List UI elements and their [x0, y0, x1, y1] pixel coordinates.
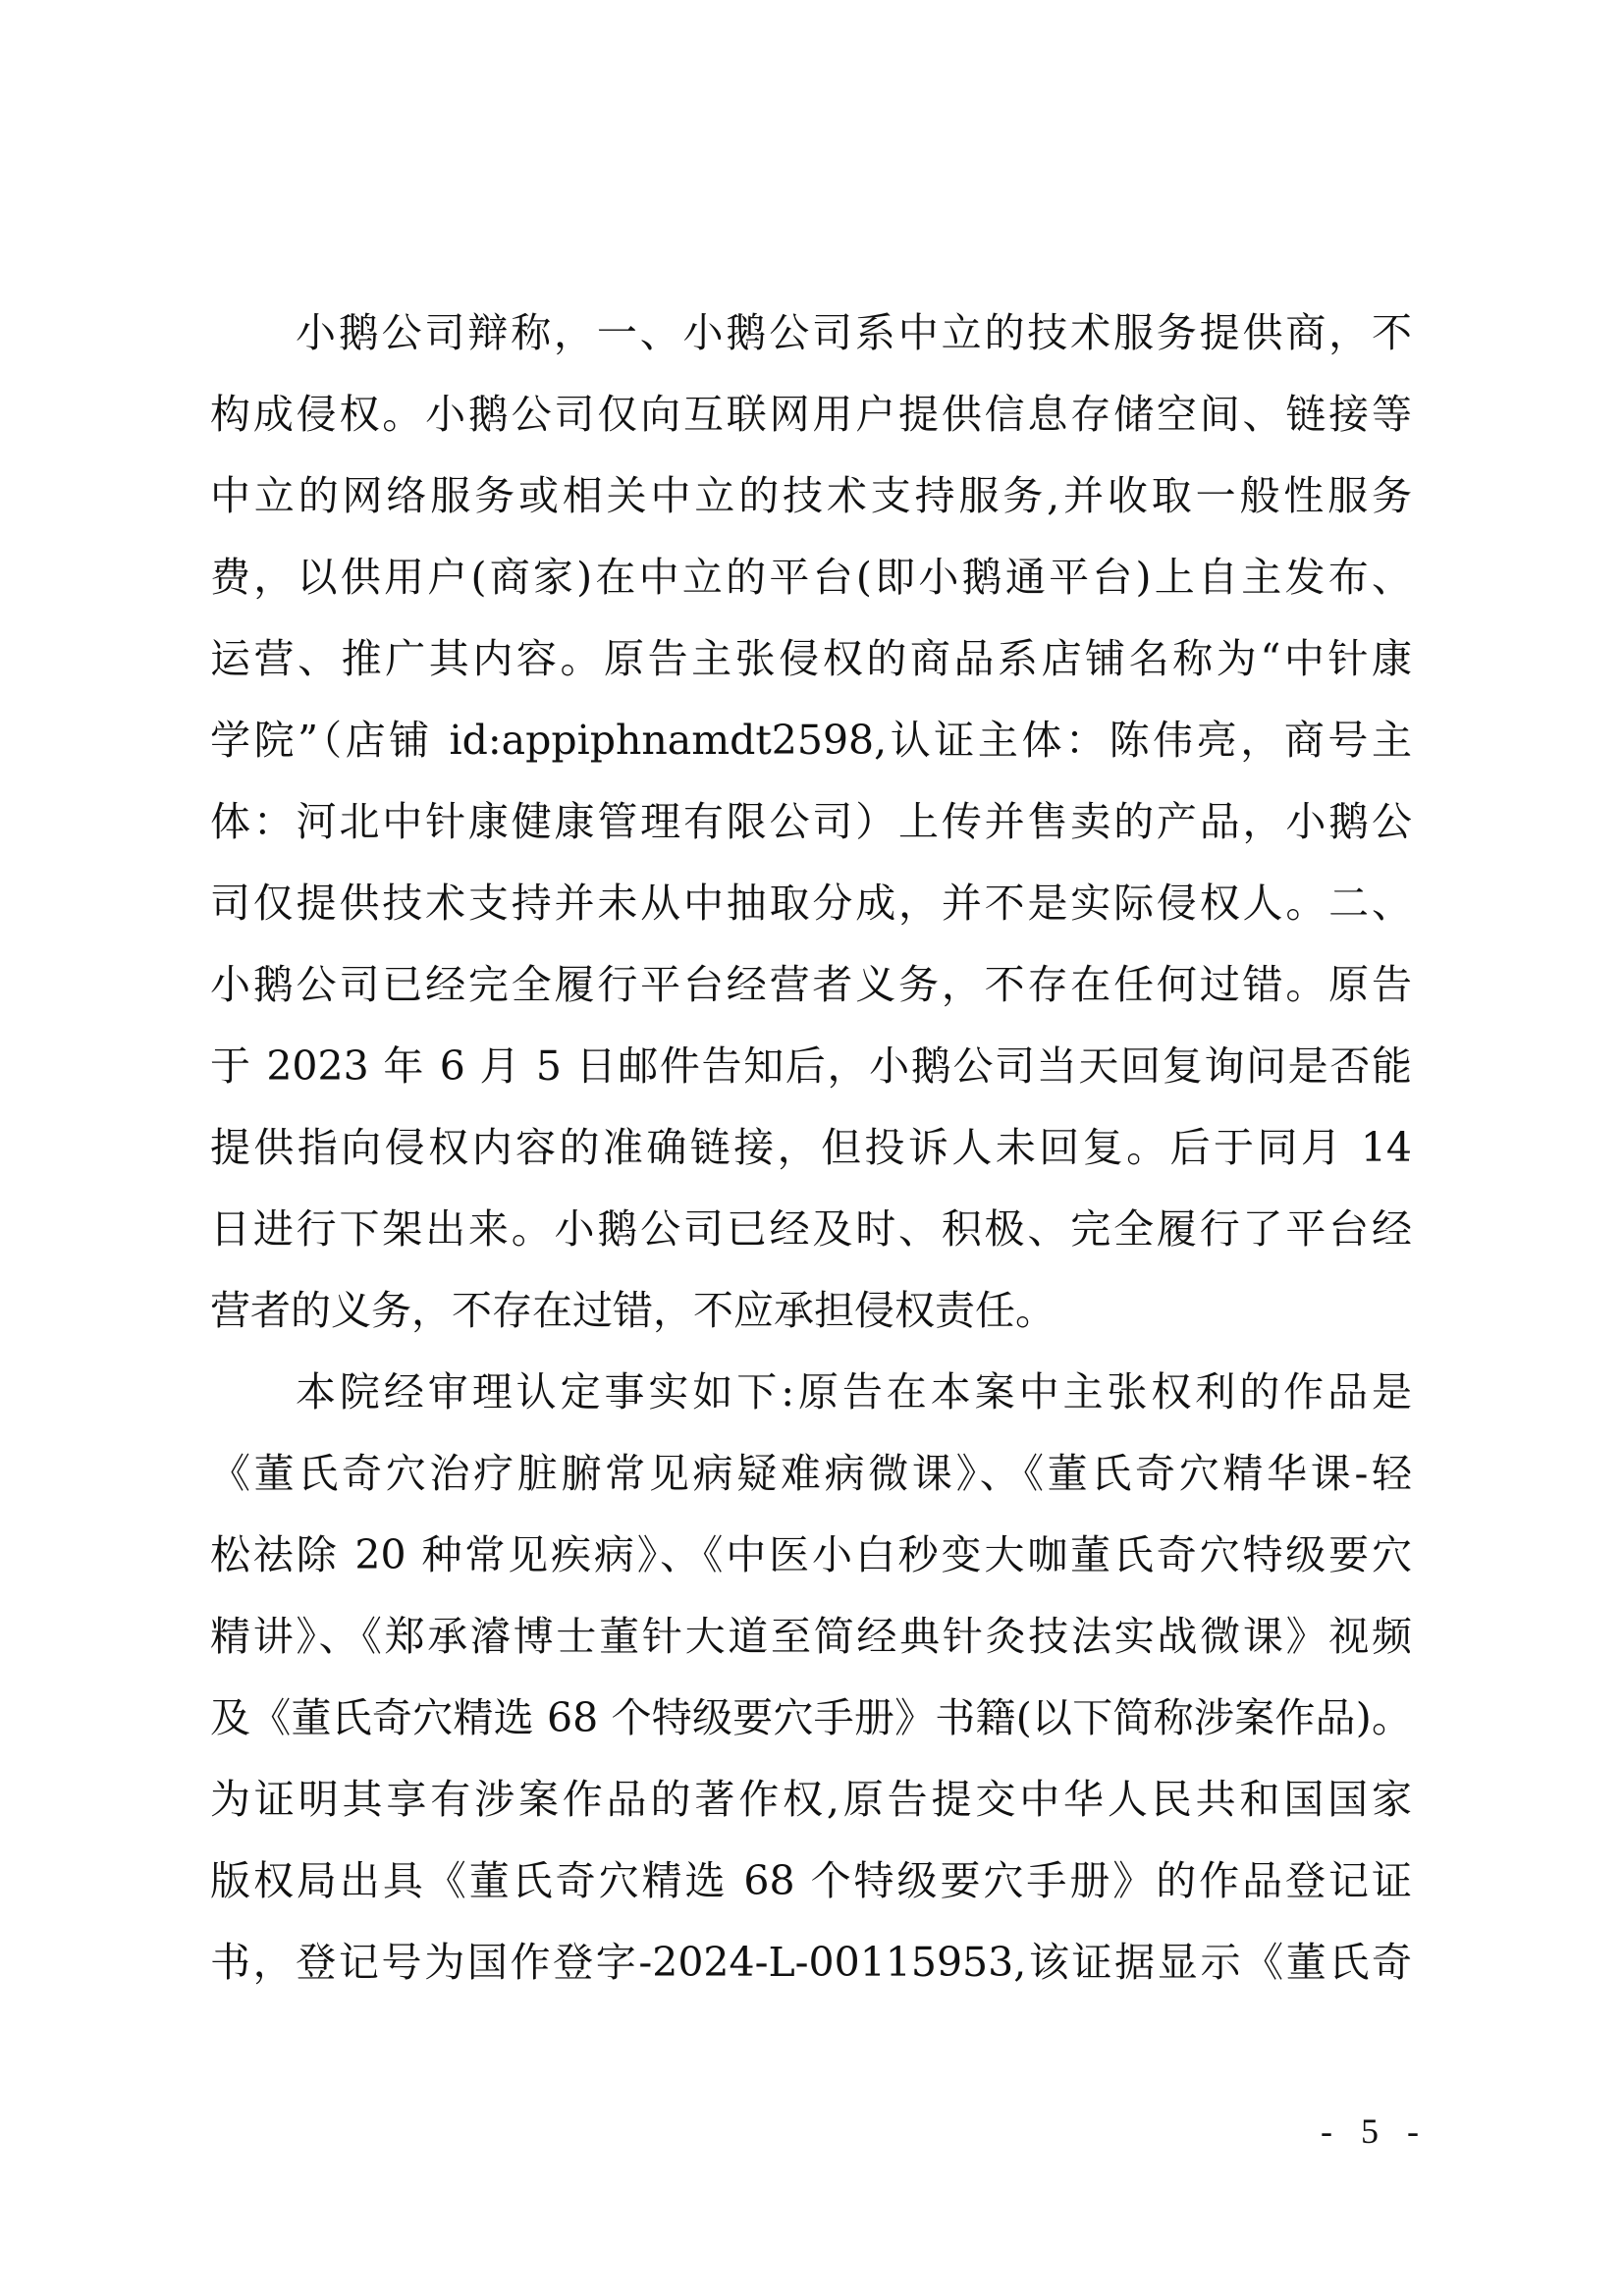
- text-line: 提供指向侵权内容的准确链接，但投诉人未回复。后于同月 14: [210, 1107, 1412, 1189]
- text-line: 《董氏奇穴治疗脏腑常见病疑难病微课》、《董氏奇穴精华课-轻: [210, 1433, 1412, 1515]
- text-line: 为证明其享有涉案作品的著作权,原告提交中华人民共和国国家: [210, 1759, 1412, 1841]
- paragraph-defense: 小鹅公司辩称，一、小鹅公司系中立的技术服务提供商，不 构成侵权。小鹅公司仅向互联…: [210, 293, 1412, 1352]
- text-line: 版权局出具《董氏奇穴精选 68 个特级要穴手册》的作品登记证: [210, 1841, 1412, 1922]
- text-line: 学院”（店铺 id:appiphnamdt2598,认证主体：陈伟亮，商号主: [210, 700, 1412, 781]
- text-line: 日进行下架出来。小鹅公司已经及时、积极、完全履行了平台经: [210, 1189, 1412, 1270]
- text-line: 构成侵权。小鹅公司仅向互联网用户提供信息存储空间、链接等: [210, 374, 1412, 455]
- text-line: 小鹅公司已经完全履行平台经营者义务，不存在任何过错。原告: [210, 944, 1412, 1026]
- text-line: 及《董氏奇穴精选 68 个特级要穴手册》书籍(以下简称涉案作品)。: [210, 1678, 1412, 1759]
- text-line: 于 2023 年 6 月 5 日邮件告知后，小鹅公司当天回复询问是否能: [210, 1026, 1412, 1107]
- document-body: 小鹅公司辩称，一、小鹅公司系中立的技术服务提供商，不 构成侵权。小鹅公司仅向互联…: [210, 293, 1412, 2003]
- text-line: 小鹅公司辩称，一、小鹅公司系中立的技术服务提供商，不: [210, 293, 1412, 374]
- text-line: 中立的网络服务或相关中立的技术支持服务,并收取一般性服务: [210, 455, 1412, 537]
- text-line: 运营、推广其内容。原告主张侵权的商品系店铺名称为“中针康: [210, 618, 1412, 700]
- text-line: 费，以供用户(商家)在中立的平台(即小鹅通平台)上自主发布、: [210, 537, 1412, 618]
- text-line: 司仅提供技术支持并未从中抽取分成，并不是实际侵权人。二、: [210, 863, 1412, 944]
- paragraph-findings: 本院经审理认定事实如下:原告在本案中主张权利的作品是 《董氏奇穴治疗脏腑常见病疑…: [210, 1352, 1412, 2003]
- text-line: 体：河北中针康健康管理有限公司）上传并售卖的产品，小鹅公: [210, 781, 1412, 863]
- text-line: 营者的义务，不存在过错，不应承担侵权责任。: [210, 1270, 1412, 1352]
- text-line: 松祛除 20 种常见疾病》、《中医小白秒变大咖董氏奇穴特级要穴: [210, 1515, 1412, 1596]
- page-number: - 5 -: [1321, 2110, 1429, 2152]
- text-line: 本院经审理认定事实如下:原告在本案中主张权利的作品是: [210, 1352, 1412, 1433]
- text-line: 书，登记号为国作登字-2024-L-00115953,该证据显示《董氏奇: [210, 1922, 1412, 2003]
- text-line: 精讲》、《郑承濬博士董针大道至简经典针灸技法实战微课》视频: [210, 1596, 1412, 1678]
